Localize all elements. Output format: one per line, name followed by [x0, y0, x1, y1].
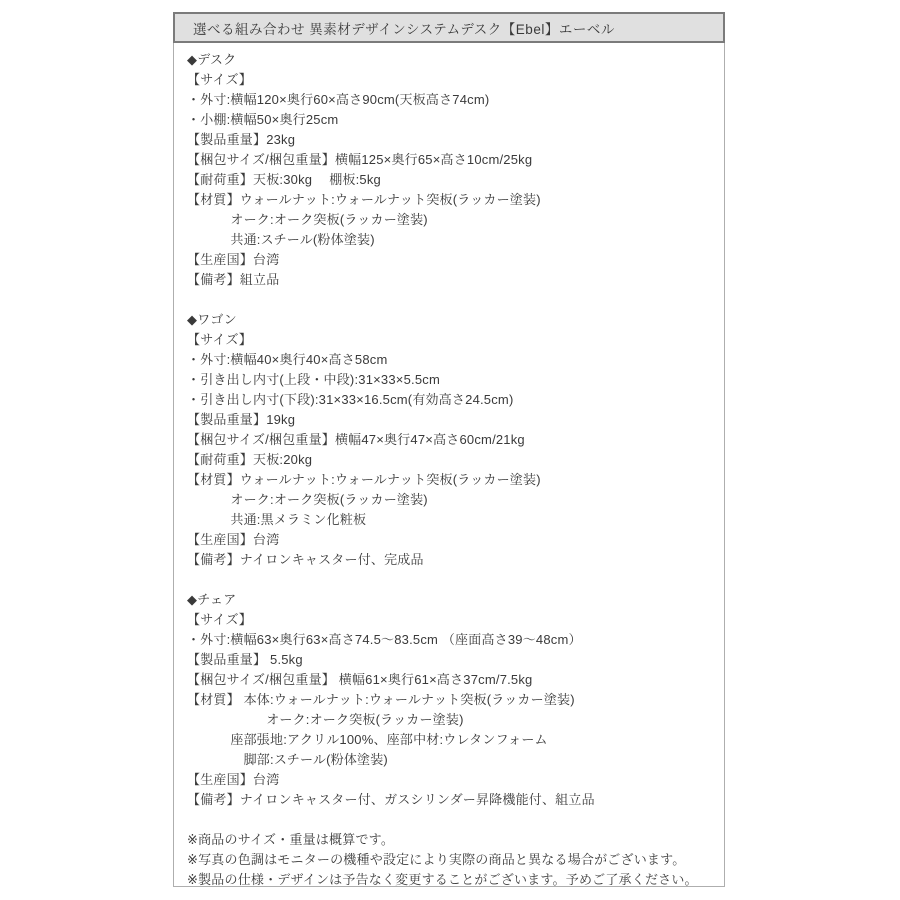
spec-line: ・外寸:横幅63×奥行63×高さ74.5～83.5cm （座面高さ39～48cm…	[187, 630, 712, 650]
spec-line: オーク:オーク突板(ラッカー塗装)	[187, 710, 712, 730]
spec-line: オーク:オーク突板(ラッカー塗装)	[187, 490, 712, 510]
spec-line: 【備考】ナイロンキャスター付、ガスシリンダー昇降機能付、組立品	[187, 790, 712, 810]
page-title: 選べる組み合わせ 異素材デザインシステムデスク【Ebel】エーベル	[193, 18, 615, 38]
section-heading-chair: ◆チェア	[187, 590, 712, 610]
spec-line: 【生産国】台湾	[187, 250, 712, 270]
spec-line: 【材質】ウォールナット:ウォールナット突板(ラッカー塗装)	[187, 470, 712, 490]
spec-line: 【耐荷重】天板:20kg	[187, 450, 712, 470]
spec-line: 【生産国】台湾	[187, 770, 712, 790]
spec-line: ・外寸:横幅120×奥行60×高さ90cm(天板高さ74cm)	[187, 90, 712, 110]
section-wagon: ◆ワゴン【サイズ】・外寸:横幅40×奥行40×高さ58cm・引き出し内寸(上段・…	[187, 310, 712, 570]
spec-line: ・引き出し内寸(上段・中段):31×33×5.5cm	[187, 370, 712, 390]
spec-line: 【耐荷重】天板:30kg 棚板:5kg	[187, 170, 712, 190]
spec-line: 【備考】ナイロンキャスター付、完成品	[187, 550, 712, 570]
spec-line: 【サイズ】	[187, 610, 712, 630]
spec-line: ・小棚:横幅50×奥行25cm	[187, 110, 712, 130]
note-line: ※商品のサイズ・重量は概算です。	[187, 830, 712, 850]
spec-body: ◆デスク【サイズ】・外寸:横幅120×奥行60×高さ90cm(天板高さ74cm)…	[173, 43, 725, 887]
section-desk: ◆デスク【サイズ】・外寸:横幅120×奥行60×高さ90cm(天板高さ74cm)…	[187, 50, 712, 290]
section-heading-desk: ◆デスク	[187, 50, 712, 70]
spec-line: 共通:黒メラミン化粧板	[187, 510, 712, 530]
section-chair: ◆チェア【サイズ】・外寸:横幅63×奥行63×高さ74.5～83.5cm （座面…	[187, 590, 712, 810]
spec-line: ・外寸:横幅40×奥行40×高さ58cm	[187, 350, 712, 370]
spec-line: 【梱包サイズ/梱包重量】横幅47×奥行47×高さ60cm/21kg	[187, 430, 712, 450]
title-bar: 選べる組み合わせ 異素材デザインシステムデスク【Ebel】エーベル	[173, 12, 725, 43]
spec-line: ・引き出し内寸(下段):31×33×16.5cm(有効高さ24.5cm)	[187, 390, 712, 410]
spec-line: 【サイズ】	[187, 70, 712, 90]
spec-line: オーク:オーク突板(ラッカー塗装)	[187, 210, 712, 230]
spec-line: 【製品重量】19kg	[187, 410, 712, 430]
spec-line: 【材質】ウォールナット:ウォールナット突板(ラッカー塗装)	[187, 190, 712, 210]
spec-line: 【備考】組立品	[187, 270, 712, 290]
spec-line: 【サイズ】	[187, 330, 712, 350]
spec-line: 脚部:スチール(粉体塗装)	[187, 750, 712, 770]
section-heading-wagon: ◆ワゴン	[187, 310, 712, 330]
note-line: ※写真の色調はモニターの機種や設定により実際の商品と異なる場合がございます。	[187, 850, 712, 870]
spec-line: 共通:スチール(粉体塗装)	[187, 230, 712, 250]
spec-line: 【生産国】台湾	[187, 530, 712, 550]
spec-line: 座部張地:アクリル100%、座部中材:ウレタンフォーム	[187, 730, 712, 750]
spec-line: 【梱包サイズ/梱包重量】 横幅61×奥行61×高さ37cm/7.5kg	[187, 670, 712, 690]
spec-line: 【製品重量】23kg	[187, 130, 712, 150]
spec-line: 【材質】 本体:ウォールナット:ウォールナット突板(ラッカー塗装)	[187, 690, 712, 710]
disclaimer-notes: ※商品のサイズ・重量は概算です。※写真の色調はモニターの機種や設定により実際の商…	[187, 830, 712, 887]
product-spec-sheet: 選べる組み合わせ 異素材デザインシステムデスク【Ebel】エーベル ◆デスク【サ…	[173, 12, 725, 887]
spec-line: 【製品重量】 5.5kg	[187, 650, 712, 670]
note-line: ※製品の仕様・デザインは予告なく変更することがございます。予めご了承ください。	[187, 870, 712, 887]
spec-line: 【梱包サイズ/梱包重量】横幅125×奥行65×高さ10cm/25kg	[187, 150, 712, 170]
